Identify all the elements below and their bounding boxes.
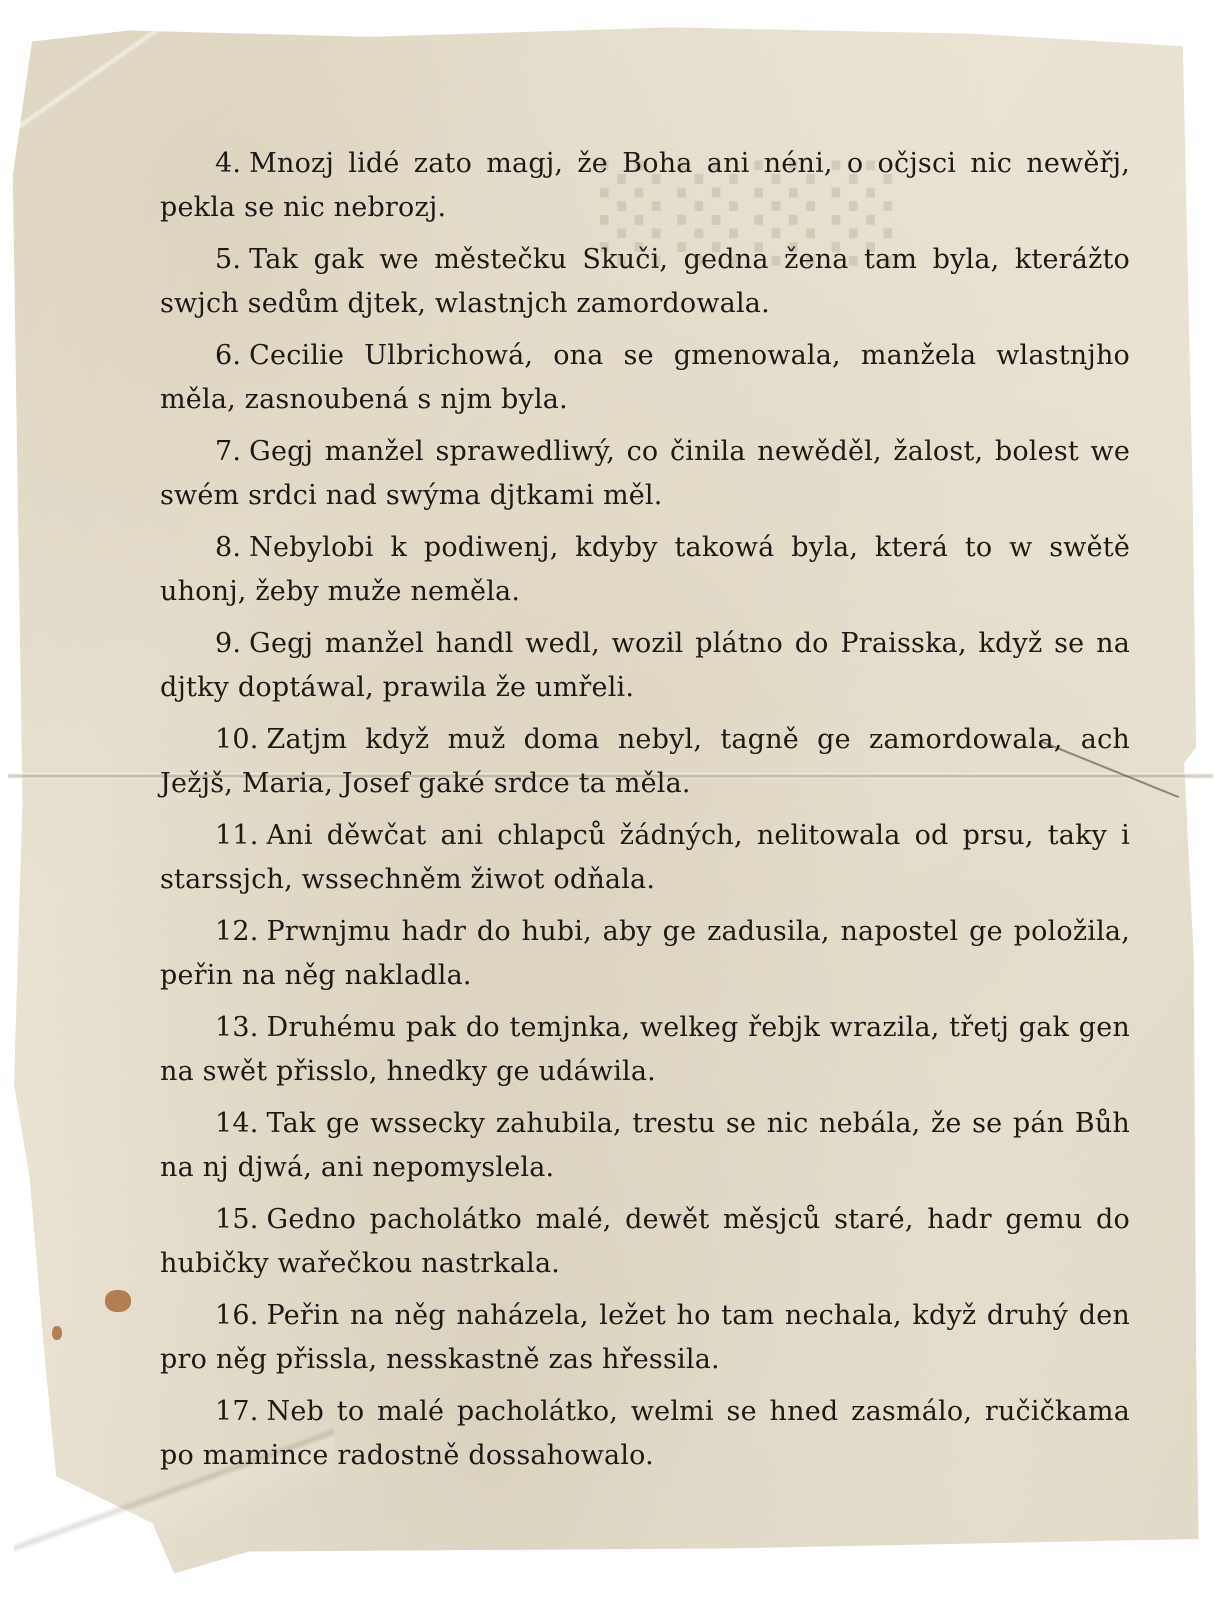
verse-10: 10.Zatjm když muž doma nebyl, tagně ge z… bbox=[160, 718, 1130, 806]
verse-7: 7.Gegj manžel sprawedliwý, co činila new… bbox=[160, 430, 1130, 518]
verse-4: 4.Mnozj lidé zato magj, že Boha ani néni… bbox=[160, 142, 1130, 230]
verse-text: Peřin na něg naházela, ležet ho tam nech… bbox=[160, 1300, 1130, 1375]
verse-number: 13. bbox=[215, 1012, 259, 1043]
verse-text: Druhému pak do temjnka, welkeg řebjk wra… bbox=[160, 1012, 1130, 1087]
verse-number: 15. bbox=[215, 1204, 259, 1235]
verse-text: Tak gak we městečku Skuči, gedna žena ta… bbox=[160, 244, 1130, 319]
verse-text: Gegj manžel handl wedl, wozil plátno do … bbox=[160, 628, 1130, 703]
verse-6: 6.Cecilie Ulbrichowá, ona se gmenowala, … bbox=[160, 334, 1130, 422]
verse-11: 11.Ani děwčat ani chlapců žádných, nelit… bbox=[160, 814, 1130, 902]
verse-number: 9. bbox=[215, 628, 241, 659]
rust-stain bbox=[105, 1290, 131, 1312]
rust-stain bbox=[52, 1326, 62, 1340]
verse-number: 12. bbox=[215, 916, 259, 947]
verse-17: 17.Neb to malé pacholátko, welmi se hned… bbox=[160, 1390, 1130, 1478]
verse-12: 12.Prwnjmu hadr do hubi, aby ge zadusila… bbox=[160, 910, 1130, 998]
verse-number: 8. bbox=[215, 532, 241, 563]
verse-text: Prwnjmu hadr do hubi, aby ge zadusila, n… bbox=[160, 916, 1130, 991]
verse-text: Ani děwčat ani chlapců žádných, nelitowa… bbox=[160, 820, 1130, 895]
verse-number: 7. bbox=[215, 436, 241, 467]
verse-5: 5.Tak gak we městečku Skuči, gedna žena … bbox=[160, 238, 1130, 326]
verse-text: Neb to malé pacholátko, welmi se hned za… bbox=[160, 1396, 1130, 1471]
verse-text: Gedno pacholátko malé, dewět měsjců star… bbox=[160, 1204, 1130, 1279]
verse-text: Zatjm když muž doma nebyl, tagně ge zamo… bbox=[160, 724, 1130, 799]
verse-16: 16.Peřin na něg naházela, ležet ho tam n… bbox=[160, 1294, 1130, 1382]
verse-15: 15.Gedno pacholátko malé, dewět měsjců s… bbox=[160, 1198, 1130, 1286]
verse-number: 14. bbox=[215, 1108, 259, 1139]
verse-list: 4.Mnozj lidé zato magj, že Boha ani néni… bbox=[160, 142, 1130, 1486]
verse-number: 4. bbox=[215, 148, 241, 179]
verse-text: Gegj manžel sprawedliwý, co činila newěd… bbox=[160, 436, 1130, 511]
verse-text: Cecilie Ulbrichowá, ona se gmenowala, ma… bbox=[160, 340, 1130, 415]
verse-number: 16. bbox=[215, 1300, 259, 1331]
verse-number: 10. bbox=[215, 724, 259, 755]
verse-8: 8.Nebylobi k podiwenj, kdyby takowá byla… bbox=[160, 526, 1130, 614]
verse-number: 5. bbox=[215, 244, 241, 275]
verse-number: 6. bbox=[215, 340, 241, 371]
verse-13: 13.Druhému pak do temjnka, welkeg řebjk … bbox=[160, 1006, 1130, 1094]
verse-text: Nebylobi k podiwenj, kdyby takowá byla, … bbox=[160, 532, 1130, 607]
verse-number: 11. bbox=[215, 820, 259, 851]
verse-number: 17. bbox=[215, 1396, 259, 1427]
verse-14: 14.Tak ge wssecky zahubila, trestu se ni… bbox=[160, 1102, 1130, 1190]
verse-text: Mnozj lidé zato magj, že Boha ani néni, … bbox=[160, 148, 1130, 223]
verse-9: 9.Gegj manžel handl wedl, wozil plátno d… bbox=[160, 622, 1130, 710]
verse-text: Tak ge wssecky zahubila, trestu se nic n… bbox=[160, 1108, 1130, 1183]
